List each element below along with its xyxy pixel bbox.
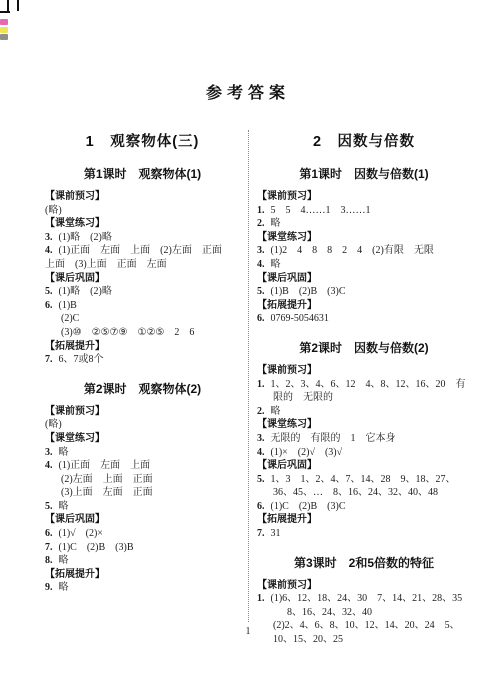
answer-text: 36、45、… 8、16、24、32、40、48 [257, 486, 471, 500]
section-label: 【课前预习】 [257, 364, 471, 378]
lesson-subheading: 第1课时 观察物体(1) [45, 166, 240, 182]
answer-value: 略 [271, 218, 281, 229]
answer-value: (1)6、12、18、24、30 7、14、21、28、35 [271, 593, 463, 604]
ink-registration-patch-yellow [0, 27, 8, 33]
answer-line: 7.31 [257, 527, 471, 541]
answer-number: 3. [257, 433, 265, 444]
answer-number: 4. [257, 447, 265, 458]
answer-number: 3. [45, 232, 53, 243]
answer-number: 1. [257, 593, 265, 604]
answer-number: 2. [257, 218, 265, 229]
answer-line: 1.5 5 4……1 3……1 [257, 204, 471, 218]
section-label: 【课后巩固】 [45, 272, 240, 286]
answer-value: (1)B [59, 300, 77, 311]
answer-value: 无限的 有限的 1 它本身 [271, 433, 396, 444]
section-label: 【拓展提升】 [257, 513, 471, 527]
answer-line: 4.略 [257, 258, 471, 272]
answer-line: 6.(1)B [45, 299, 240, 313]
answer-value: 略 [59, 555, 69, 566]
answer-value: 略 [59, 582, 69, 593]
answer-line: 7.6、7或8个 [45, 353, 240, 367]
answer-number: 5. [45, 286, 53, 297]
answer-number: 6. [45, 300, 53, 311]
answer-value: 31 [271, 528, 281, 539]
answer-value: 0769-5054631 [271, 313, 329, 324]
answer-number: 4. [45, 245, 53, 256]
answer-number: 5. [257, 286, 265, 297]
answer-key-page: 参考答案 1 观察物体(三)第1课时 观察物体(1)【课前预习】(略)【课堂练习… [0, 0, 496, 685]
answer-number: 6. [45, 528, 53, 539]
answer-value: (1)√ (2)× [59, 528, 103, 539]
section-label: 【课后巩固】 [257, 459, 471, 473]
lesson-subheading: 第2课时 观察物体(2) [45, 381, 240, 397]
answer-number: 5. [257, 474, 265, 485]
answer-line: 5.(1)B (2)B (3)C [257, 285, 471, 299]
section-label: 【课前预习】 [257, 579, 471, 593]
answer-number: 4. [257, 259, 265, 270]
answer-number: 3. [257, 245, 265, 256]
answer-line: 5.(1)略 (2)略 [45, 285, 240, 299]
answer-text: (2)左面 上面 正面 [45, 473, 240, 487]
answer-value: (1)正面 左面 上面 (2)左面 正面 [59, 245, 222, 256]
section-label: 【课前预习】 [45, 405, 240, 419]
unit-heading: 1 观察物体(三) [45, 132, 240, 152]
answer-text: (略) [45, 418, 240, 432]
answer-number: 7. [257, 528, 265, 539]
answer-line: 3.(1)2 4 8 8 2 4 (2)有限 无限 [257, 244, 471, 258]
section-label: 【课前预习】 [257, 190, 471, 204]
answer-number: 8. [45, 555, 53, 566]
answer-value: 5 5 4……1 3……1 [271, 205, 371, 216]
answer-number: 3. [45, 447, 53, 458]
answer-value: 1、3 1、2、4、7、14、28 9、18、27、 [271, 474, 456, 485]
unit-heading: 2 因数与倍数 [257, 132, 471, 152]
answer-value: (1)C (2)B (3)C [271, 501, 346, 512]
answer-line: 9.略 [45, 581, 240, 595]
answer-line: 3.无限的 有限的 1 它本身 [257, 432, 471, 446]
answer-text: 上面 (3)上面 正面 左面 [45, 258, 240, 272]
answer-text: (3)上面 左面 正面 [45, 486, 240, 500]
answer-value: (1)2 4 8 8 2 4 (2)有限 无限 [271, 245, 434, 256]
answer-value: (1)略 (2)略 [59, 286, 112, 297]
page-number: 1 [0, 626, 496, 637]
answer-line: 4.(1)× (2)√ (3)√ [257, 446, 471, 460]
section-label: 【课堂练习】 [45, 217, 240, 231]
answer-text: (2)C [45, 312, 240, 326]
answer-line: 5.1、3 1、2、4、7、14、28 9、18、27、 [257, 473, 471, 487]
answer-value: 略 [59, 501, 69, 512]
answer-line: 8.略 [45, 554, 240, 568]
answer-line: 2.略 [257, 405, 471, 419]
answer-number: 1. [257, 379, 265, 390]
answer-value: 略 [59, 447, 69, 458]
section-label: 【拓展提升】 [45, 568, 240, 582]
answer-text: (略) [45, 204, 240, 218]
section-label: 【课后巩固】 [45, 513, 240, 527]
answer-line: 1.1、2、3、4、6、12 4、8、12、16、20 有 [257, 378, 471, 392]
answer-value: (1)B (2)B (3)C [271, 286, 346, 297]
lesson-subheading: 第1课时 因数与倍数(1) [257, 166, 471, 182]
answer-line: 3.(1)略 (2)略 [45, 231, 240, 245]
answer-line: 4.(1)正面 左面 上面 (2)左面 正面 [45, 244, 240, 258]
answer-line: 2.略 [257, 217, 471, 231]
ink-registration-patch-gray [0, 34, 8, 40]
section-label: 【拓展提升】 [45, 340, 240, 354]
answer-value: 6、7或8个 [59, 354, 104, 365]
section-label: 【课堂练习】 [257, 231, 471, 245]
answer-value: 略 [271, 259, 281, 270]
answer-number: 4. [45, 460, 53, 471]
answer-value: 1、2、3、4、6、12 4、8、12、16、20 有 [271, 379, 466, 390]
answer-line: 3.略 [45, 446, 240, 460]
answer-text: 限的 无限的 [257, 391, 471, 405]
answer-line: 4.(1)正面 左面 上面 [45, 459, 240, 473]
answer-number: 7. [45, 542, 53, 553]
answer-line: 6.0769-5054631 [257, 312, 471, 326]
section-label: 【课堂练习】 [45, 432, 240, 446]
answer-value: (1)× (2)√ (3)√ [271, 447, 343, 458]
lesson-subheading: 第2课时 因数与倍数(2) [257, 340, 471, 356]
answer-text: 8、16、24、32、40 [257, 606, 471, 620]
answer-number: 9. [45, 582, 53, 593]
answers-column-right: 2 因数与倍数第1课时 因数与倍数(1)【课前预习】1.5 5 4……1 3……… [257, 122, 471, 647]
answer-number: 7. [45, 354, 53, 365]
answer-line: 5.略 [45, 500, 240, 514]
column-divider [248, 130, 249, 622]
section-label: 【课堂练习】 [257, 418, 471, 432]
answers-column-left: 1 观察物体(三)第1课时 观察物体(1)【课前预习】(略)【课堂练习】3.(1… [45, 122, 240, 595]
answer-value: (1)略 (2)略 [59, 232, 112, 243]
crop-mark-vertical-2 [17, 0, 19, 11]
section-label: 【课后巩固】 [257, 272, 471, 286]
answer-number: 6. [257, 313, 265, 324]
answer-number: 5. [45, 501, 53, 512]
answer-number: 6. [257, 501, 265, 512]
ink-registration-patch-magenta [0, 19, 8, 25]
answer-value: 略 [271, 406, 281, 417]
answer-line: 7.(1)C (2)B (3)B [45, 541, 240, 555]
answer-line: 1.(1)6、12、18、24、30 7、14、21、28、35 [257, 592, 471, 606]
page-title: 参考答案 [0, 80, 496, 103]
section-label: 【拓展提升】 [257, 299, 471, 313]
crop-mark-horizontal [0, 11, 10, 13]
answer-number: 2. [257, 406, 265, 417]
answer-value: (1)C (2)B (3)B [59, 542, 134, 553]
answer-line: 6.(1)C (2)B (3)C [257, 500, 471, 514]
lesson-subheading: 第3课时 2和5倍数的特征 [257, 555, 471, 571]
section-label: 【课前预习】 [45, 190, 240, 204]
answer-text: (3)⑩ ②⑤⑦⑨ ①②⑤ 2 6 [45, 326, 240, 340]
answer-number: 1. [257, 205, 265, 216]
answer-line: 6.(1)√ (2)× [45, 527, 240, 541]
answer-value: (1)正面 左面 上面 [59, 460, 151, 471]
